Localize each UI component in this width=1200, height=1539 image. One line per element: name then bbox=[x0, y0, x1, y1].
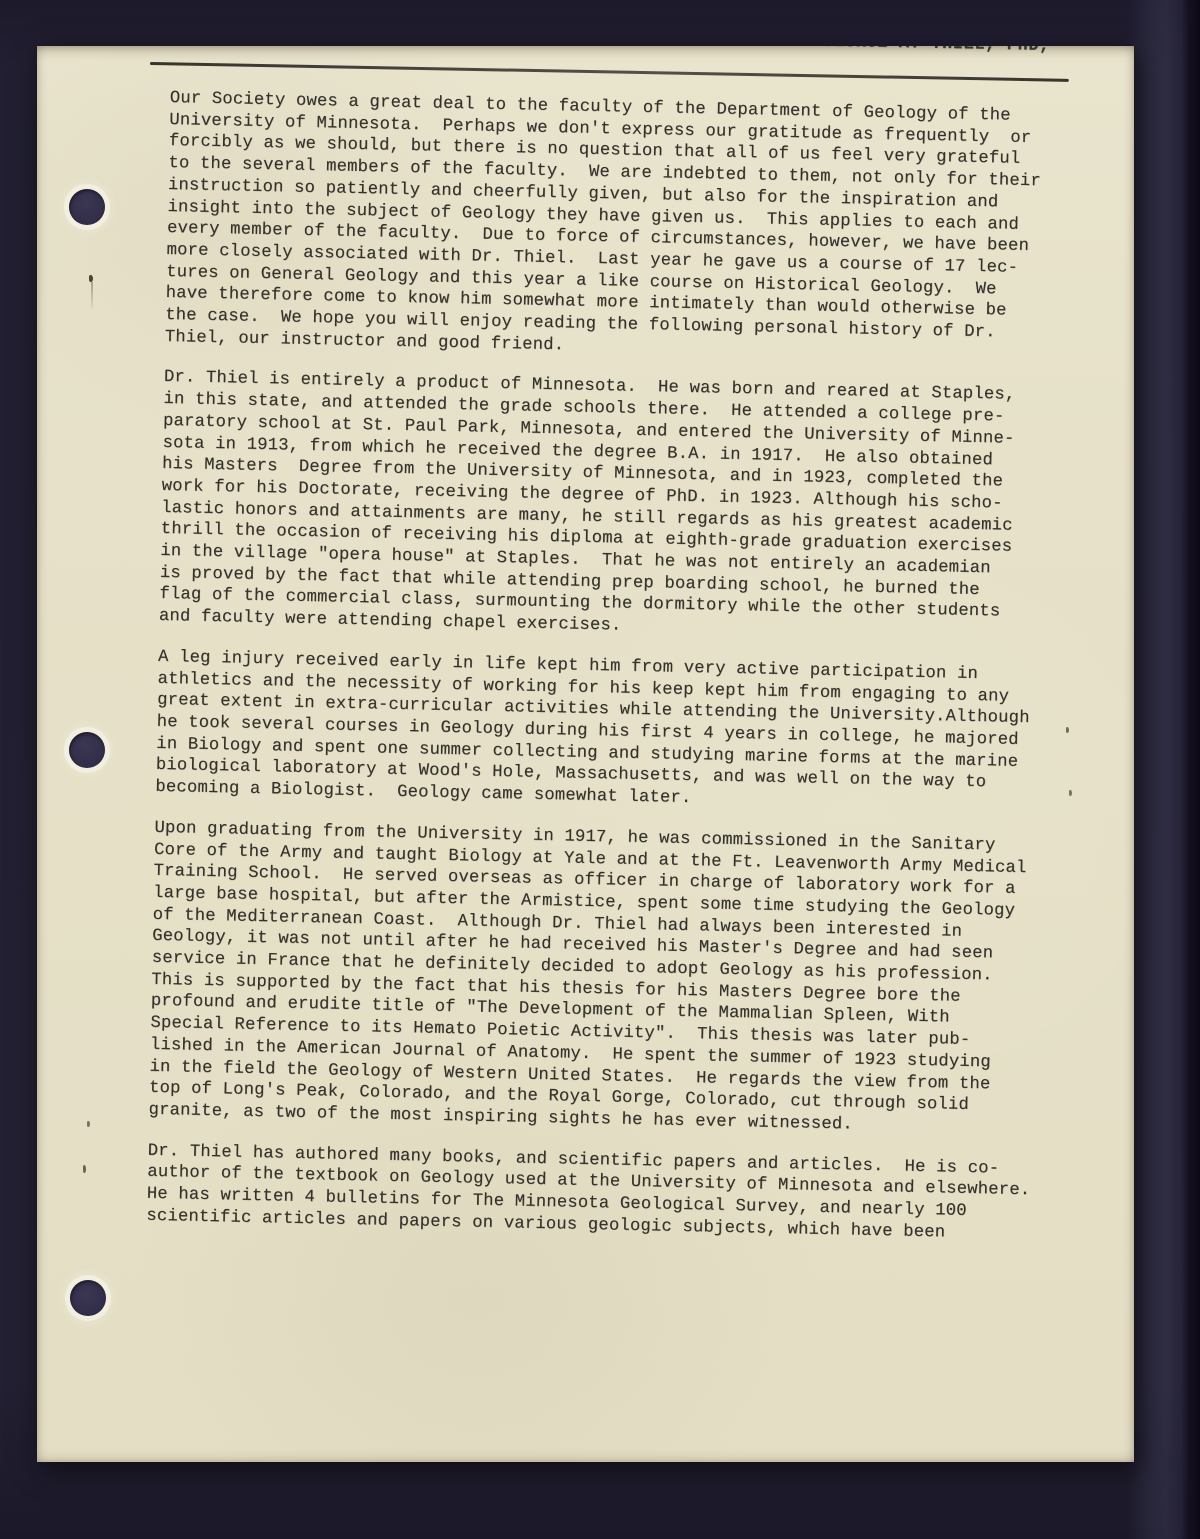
ink-speck bbox=[89, 275, 93, 282]
punch-hole bbox=[69, 732, 105, 768]
punch-hole bbox=[69, 189, 105, 225]
paragraph: A leg injury received early in life kept… bbox=[155, 647, 1078, 818]
paragraph: Upon graduating from the University in 1… bbox=[148, 818, 1074, 1141]
typed-text-block: Our Society owes a great deal to the fac… bbox=[146, 88, 1090, 1246]
scan-background: { "colors": { "paper": "#e6e1c8", "ink":… bbox=[0, 0, 1200, 1539]
punch-hole bbox=[70, 1280, 106, 1316]
header-underline-rule bbox=[150, 62, 1069, 81]
ink-speck bbox=[1066, 727, 1069, 733]
page-header-title: GEORGE A. THIEL, PHD, bbox=[823, 46, 1050, 56]
paper-fiber bbox=[91, 282, 93, 308]
paragraph: Our Society owes a great deal to the fac… bbox=[165, 88, 1090, 368]
paragraph: Dr. Thiel is entirely a product of Minne… bbox=[159, 367, 1084, 647]
paragraph: Dr. Thiel has authored many books, and s… bbox=[146, 1140, 1068, 1246]
ink-speck bbox=[87, 1121, 90, 1127]
ink-speck bbox=[83, 1165, 86, 1173]
ink-speck bbox=[1069, 790, 1072, 796]
document-page: GEORGE A. THIEL, PHD, Our Society owes a… bbox=[37, 46, 1134, 1462]
